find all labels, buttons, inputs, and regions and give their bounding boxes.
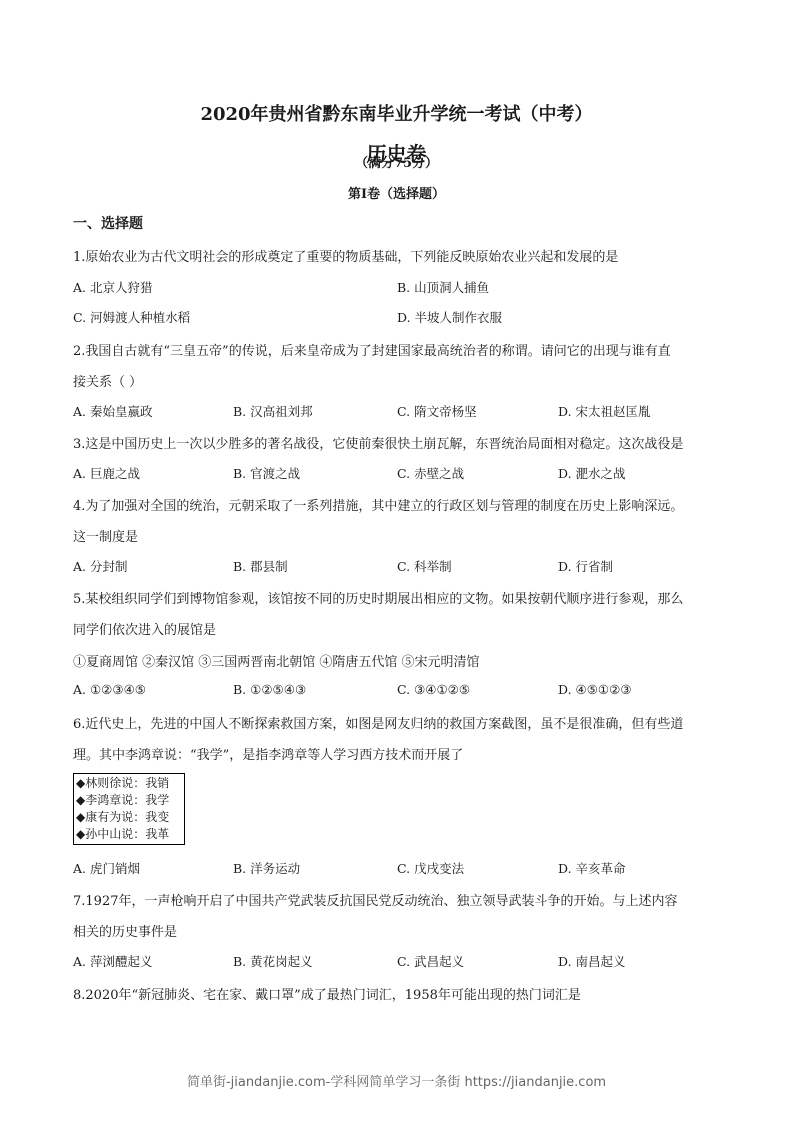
q2-option-d: D. 宋太祖赵匡胤 <box>558 402 651 420</box>
question-7-text-line2: 相关的历史事件是 <box>73 921 177 940</box>
q5-option-a: A. ①②③④⑤ <box>73 682 146 697</box>
q7-option-d: D. 南昌起义 <box>558 952 626 970</box>
question-2-text: 2.我国自古就有“三皇五帝”的传说，后来皇帝成为了封建国家最高统治者的称谓。请问… <box>73 340 671 359</box>
q3-option-c: C. 赤壁之战 <box>397 464 464 482</box>
question-3-text: 3.这是中国历史上一次以少胜多的著名战役，它使前秦很快土崩瓦解，东晋统治局面相对… <box>73 433 683 452</box>
question-6-text: 6.近代史上，先进的中国人不断探索救国方案，如图是网友归纳的救国方案截图，虽不是… <box>73 713 683 732</box>
figure-line-2: ◆李鸿章说：我学 <box>76 792 184 809</box>
quote-figure: ◆林则徐说：我销 ◆李鸿章说：我学 ◆康有为说：我变 ◆孙中山说：我革 <box>73 773 185 845</box>
q4-option-d: D. 行省制 <box>558 557 613 575</box>
exam-title: 2020年贵州省黔东南毕业升学统一考试（中考） <box>0 100 793 126</box>
q4-option-c: C. 科举制 <box>397 557 452 575</box>
section-title: 一、选择题 <box>73 213 143 233</box>
question-5-text-line2: 同学们依次进入的展馆是 <box>73 619 216 638</box>
q6-option-b: B. 洋务运动 <box>233 859 300 877</box>
q1-option-c: C. 河姆渡人种植水稻 <box>73 308 190 326</box>
q5-option-b: B. ①②⑤④③ <box>233 682 306 697</box>
q4-option-b: B. 郡县制 <box>233 557 288 575</box>
question-2-text-line2: 接关系（ ） <box>73 371 142 390</box>
question-5-text: 5.某校组织同学们到博物馆参观，该馆按不同的历史时期展出相应的文物。如果按朝代顺… <box>73 588 683 607</box>
question-7-text: 7.1927年，一声枪响开启了中国共产党武装反抗国民党反动统治、独立领导武装斗争… <box>73 890 678 909</box>
figure-line-1: ◆林则徐说：我销 <box>76 775 184 792</box>
part-title: 第Ⅰ卷（选择题） <box>0 183 793 202</box>
question-4-text: 4.为了加强对全国的统治，元朝采取了一系列措施，其中建立的行政区划与管理的制度在… <box>73 495 683 514</box>
q5-option-c: C. ③④①②⑤ <box>397 682 470 697</box>
q3-option-b: B. 官渡之战 <box>233 464 300 482</box>
q5-option-d: D. ④⑤①②③ <box>558 682 632 697</box>
q1-option-b: B. 山顶洞人捕鱼 <box>397 278 489 296</box>
q1-option-a: A. 北京人狩猎 <box>73 278 152 296</box>
q1-option-d: D. 半坡人制作衣服 <box>397 308 502 326</box>
q3-option-d: D. 淝水之战 <box>558 464 626 482</box>
question-8-text: 8.2020年“新冠肺炎、宅在家、戴口罩”成了最热门词汇，1958年可能出现的热… <box>73 984 581 1003</box>
footer-watermark: 简单街-jiandanjie.com-学科网简单学习一条街 https://ji… <box>0 1071 793 1090</box>
q3-option-a: A. 巨鹿之战 <box>73 464 140 482</box>
q7-option-c: C. 武昌起义 <box>397 952 464 970</box>
figure-line-3: ◆康有为说：我变 <box>76 809 184 826</box>
figure-line-4: ◆孙中山说：我革 <box>76 826 184 843</box>
q4-option-a: A. 分封制 <box>73 557 127 575</box>
q2-option-a: A. 秦始皇嬴政 <box>73 402 152 420</box>
q2-option-b: B. 汉高祖刘邦 <box>233 402 313 420</box>
q6-option-d: D. 辛亥革命 <box>558 859 626 877</box>
full-score: （满分75分） <box>0 152 793 171</box>
question-6-text-line2: 理。其中李鸿章说：“我学”，是指李鸿章等人学习西方技术而开展了 <box>73 744 463 763</box>
q7-option-a: A. 萍浏醴起义 <box>73 952 152 970</box>
question-4-text-line2: 这一制度是 <box>73 526 138 545</box>
question-1-text: 1.原始农业为古代文明社会的形成奠定了重要的物质基础，下列能反映原始农业兴起和发… <box>73 246 618 265</box>
q6-option-a: A. 虎门销烟 <box>73 859 140 877</box>
q2-option-c: C. 隋文帝杨坚 <box>397 402 477 420</box>
q6-option-c: C. 戊戌变法 <box>397 859 464 877</box>
q7-option-b: B. 黄花岗起义 <box>233 952 313 970</box>
question-5-halls: ①夏商周馆 ②秦汉馆 ③三国两晋南北朝馆 ④隋唐五代馆 ⑤宋元明清馆 <box>73 651 480 670</box>
